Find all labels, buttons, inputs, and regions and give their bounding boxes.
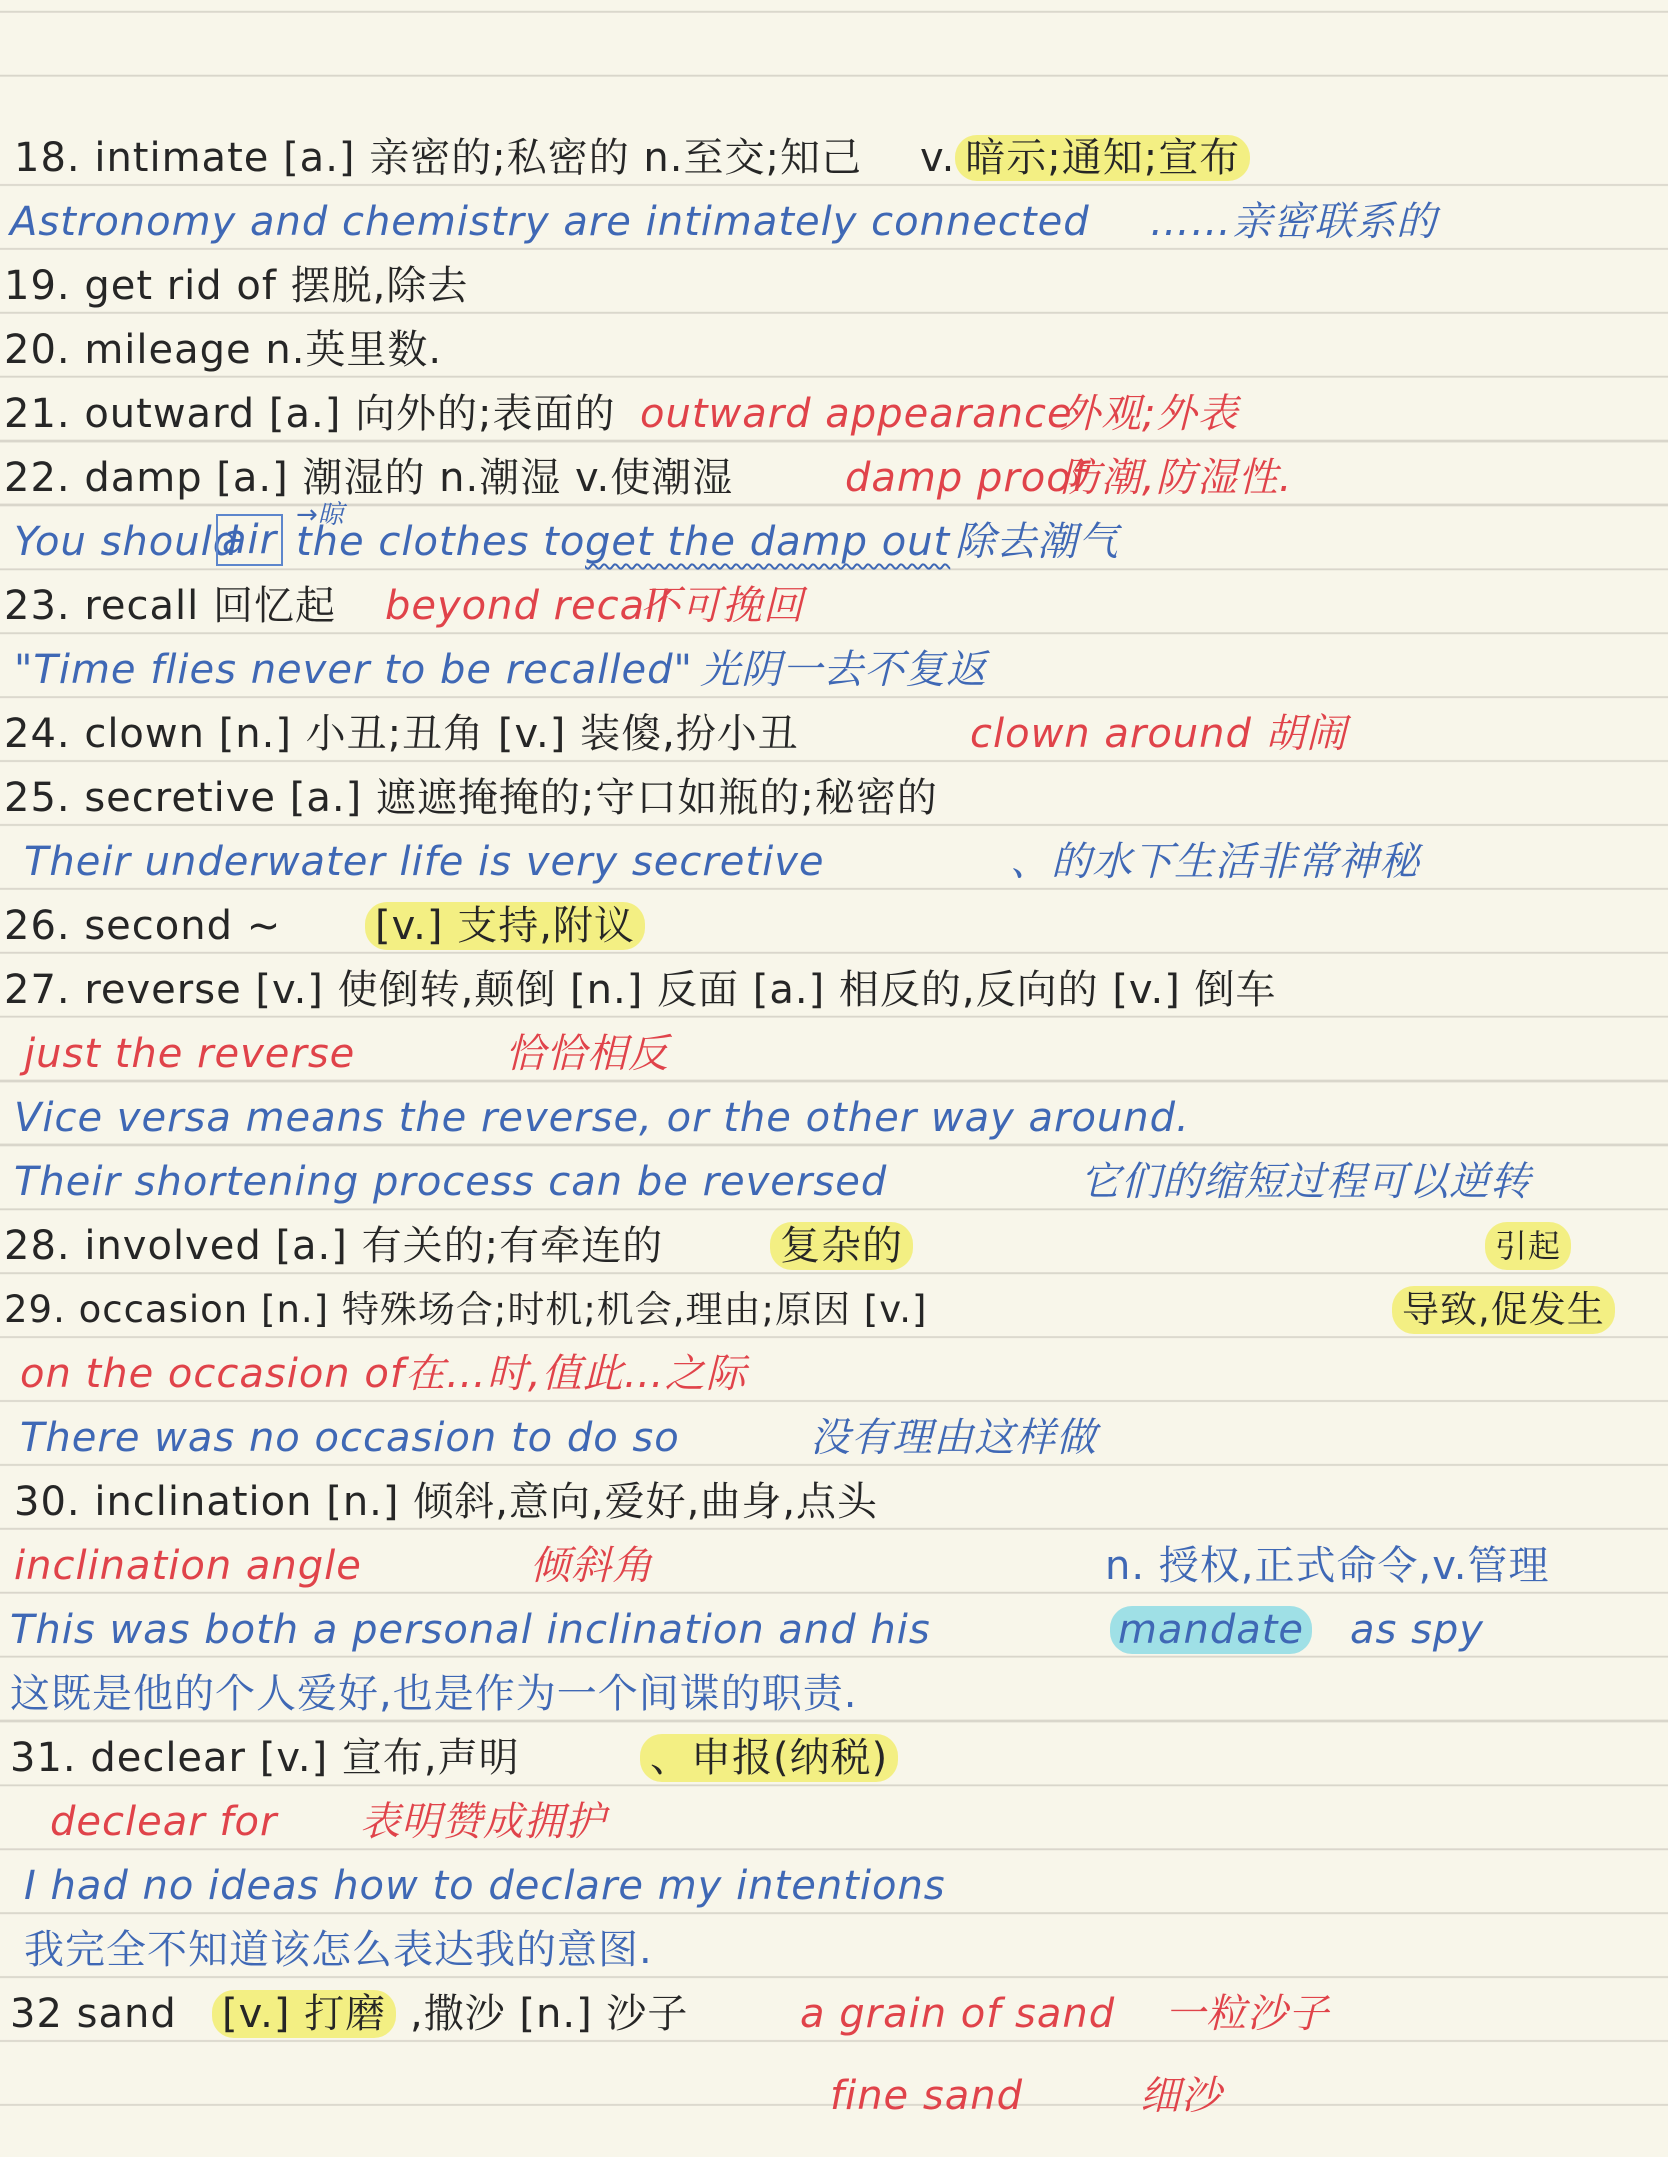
entry-27-phrase: just the reverse 恰恰相反	[0, 1018, 1668, 1082]
entry-31-example: I had no ideas how to declare my intenti…	[0, 1850, 1668, 1914]
entry-27-example-2: Their shortening process can be reversed…	[0, 1146, 1668, 1210]
mandate-highlight: mandate	[1110, 1606, 1312, 1654]
entry-23-example: "Time flies never to be recalled" 光阴一去不复…	[0, 634, 1668, 698]
entry-23-line: 23. recall 回忆起 beyond recall 不可挽回	[0, 570, 1668, 634]
entry-31-highlight: 、申报(纳税)	[640, 1734, 898, 1782]
entry-30-translation: 这既是他的个人爱好,也是作为一个间谍的职责.	[0, 1658, 1668, 1722]
entry-28-line: 28. involved [a.] 有关的;有牵连的 复杂的 引起	[0, 1210, 1668, 1274]
entry-21-line: 21. outward [a.] 向外的;表面的 outward appeara…	[0, 378, 1668, 442]
entry-19-line: 19. get rid of 摆脱,除去	[0, 250, 1668, 314]
entry-20-line: 20. mileage n.英里数.	[0, 314, 1668, 378]
entry-18-verb-label: v.	[920, 135, 955, 181]
entry-30-line: 30. inclination [n.] 倾斜,意向,爱好,曲身,点头	[0, 1466, 1668, 1530]
entry-24-line: 24. clown [n.] 小丑;丑角 [v.] 装傻,扮小丑 clown a…	[0, 698, 1668, 762]
entry-22-line: 22. damp [a.] 潮湿的 n.潮湿 v.使潮湿 damp proof …	[0, 442, 1668, 506]
entry-28-highlight: 复杂的	[770, 1222, 913, 1270]
entry-32-line: 32 sand [v.] 打磨 ,撒沙 [n.] 沙子 a grain of s…	[0, 1978, 1668, 2042]
entry-26-line: 26. second ~ [v.] 支持,附议	[0, 890, 1668, 954]
wavy-underlined-phrase: get the damp out	[585, 518, 950, 566]
entry-31-phrase: declear for 表明赞成拥护	[0, 1786, 1668, 1850]
entry-26-highlight: [v.] 支持,附议	[365, 902, 645, 950]
entry-18-line: 18. intimate [a.] 亲密的;私密的 n.至交;知己 v.暗示;通…	[0, 122, 1668, 186]
entry-32-highlight: [v.] 打磨	[212, 1990, 396, 2038]
entry-29-example: There was no occasion to do so 没有理由这样做	[0, 1402, 1668, 1466]
entry-29-highlight: 导致,促发生	[1392, 1286, 1615, 1334]
mandate-gloss: n. 授权,正式命令,v.管理	[1105, 1542, 1550, 1590]
entry-31-translation: 我完全不知道该怎么表达我的意图.	[0, 1914, 1668, 1978]
entry-18-example: Astronomy and chemistry are intimately c…	[0, 186, 1668, 250]
notebook-page: 18. intimate [a.] 亲密的;私密的 n.至交;知己 v.暗示;通…	[0, 0, 1668, 2157]
boxed-word-air: air	[216, 514, 283, 566]
entry-30-example: This was both a personal inclination and…	[0, 1594, 1668, 1658]
entry-29-highlight-above: 引起	[1485, 1222, 1571, 1270]
entry-25-line: 25. secretive [a.] 遮遮掩掩的;守口如瓶的;秘密的	[0, 762, 1668, 826]
entry-18-definition: 18. intimate [a.] 亲密的;私密的 n.至交;知己	[14, 134, 862, 182]
entry-29-phrase: on the occasion of 在…时,值此…之际	[0, 1338, 1668, 1402]
entry-27-example-1: Vice versa means the reverse, or the oth…	[0, 1082, 1668, 1146]
entry-18-highlight: 暗示;通知;宣布	[955, 135, 1250, 181]
entry-27-line: 27. reverse [v.] 使倒转,颠倒 [n.] 反面 [a.] 相反的…	[0, 954, 1668, 1018]
entry-25-example: Their underwater life is very secretive …	[0, 826, 1668, 890]
entry-31-line: 31. declear [v.] 宣布,声明 、申报(纳税)	[0, 1722, 1668, 1786]
entry-22-example: You should air →晾 the clothes to get the…	[0, 506, 1668, 570]
entry-32-phrase-2: fine sand 细沙	[0, 2060, 1668, 2124]
entry-30-phrase: inclination angle 倾斜角 n. 授权,正式命令,v.管理	[0, 1530, 1668, 1594]
entry-29-line: 29. occasion [n.] 特殊场合;时机;机会,理由;原因 [v.] …	[0, 1274, 1668, 1338]
